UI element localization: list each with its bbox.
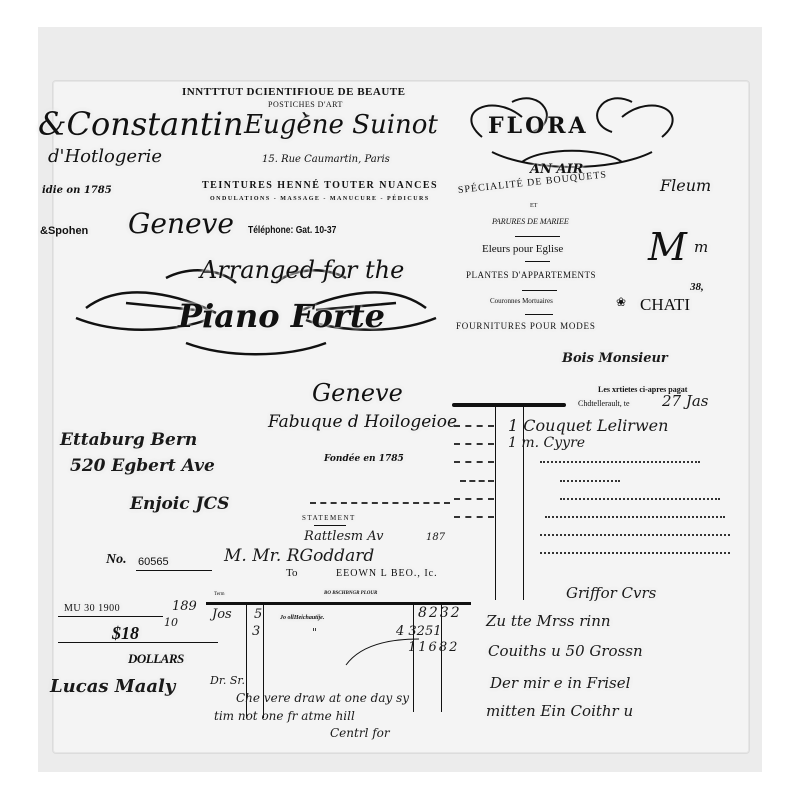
mm-small-script: m bbox=[694, 240, 708, 255]
statement-underline bbox=[314, 525, 346, 526]
geneve-top-script: Geneve bbox=[128, 210, 234, 238]
check-amount-underline bbox=[58, 642, 218, 643]
spohen-text: &Spohen bbox=[40, 226, 88, 237]
telephone-text: Téléphone: Gat. 10-37 bbox=[248, 226, 336, 236]
ledger-row2-qty: 3 bbox=[252, 625, 260, 638]
ledger-row1-desc: Jo ollHeichautije. bbox=[280, 615, 324, 621]
chati-text: CHATI bbox=[640, 296, 690, 313]
to-label: To bbox=[286, 568, 297, 579]
letter-line-1: Griffor Cvrs bbox=[566, 586, 656, 601]
ledger-note-2: Che vere draw at one day sy bbox=[236, 692, 409, 704]
invoice-top-rule bbox=[452, 403, 566, 407]
parures-line: PARURES DE MARIEE bbox=[492, 218, 569, 226]
hotlogerie-script: d'Hotlogerie bbox=[48, 148, 162, 166]
dollars-label: DOLLARS bbox=[128, 652, 184, 665]
teintures-line: TEINTURES HENNÉ TOUTER NUANCES bbox=[202, 181, 438, 191]
et-label: ET bbox=[530, 203, 537, 209]
constantin-script: &Constantin bbox=[38, 108, 244, 140]
statement-rule bbox=[310, 502, 450, 504]
letter-line-3: Couiths u 50 Grossn bbox=[488, 644, 643, 659]
check-signer: Lucas Maaly bbox=[50, 678, 175, 696]
flora-divider bbox=[522, 290, 557, 291]
ledger-row1-qty: 5 bbox=[254, 608, 262, 621]
ledger-note-4: Centrl for bbox=[330, 727, 390, 739]
check-date: MU 30 1900 bbox=[64, 604, 120, 614]
eleurs-line: Eleurs pour Eglise bbox=[482, 244, 563, 255]
fleum-script: Fleum bbox=[660, 178, 711, 194]
rattlesm-script: Rattlesm Av bbox=[304, 530, 383, 543]
dotted-rule bbox=[545, 516, 725, 518]
fournitures-line: FOURNITURES POUR MODES bbox=[456, 322, 596, 331]
check-number: 60565 bbox=[138, 557, 169, 568]
ledger-row2-desc: " bbox=[312, 627, 317, 638]
letter-line-4: Der mir e in Frisel bbox=[490, 676, 630, 691]
invoice-line-1: 1 Couquet Lelirwen bbox=[508, 418, 668, 434]
signature-line-3: Enjoic JCS bbox=[130, 496, 229, 513]
number-38: 38, bbox=[690, 282, 704, 293]
flora-divider bbox=[515, 236, 560, 237]
institute-heading: INNTTTUT DCIENTIFIOUE DE BEAUTE bbox=[182, 87, 405, 98]
check-cents: 10 bbox=[164, 617, 178, 628]
ledger-note-3: tim not one fr atme hill bbox=[214, 710, 355, 722]
plantes-line: PLANTES D'APPARTEMENTS bbox=[466, 271, 596, 280]
fondee-text: idie on 1785 bbox=[42, 186, 112, 196]
check-number-label: No. bbox=[106, 553, 127, 567]
dotted-rule bbox=[540, 534, 730, 536]
check-year-handwritten: 189 bbox=[172, 600, 197, 613]
piano-forte-title: Piano Forte bbox=[178, 300, 385, 332]
institute-subtitle: POSTICHES D'ART bbox=[268, 101, 343, 109]
check-date-underline bbox=[58, 616, 163, 617]
flora-divider bbox=[525, 314, 553, 315]
fabrique-script: Fabuque d Hoilogeioe bbox=[268, 414, 457, 431]
fondee-invoice: Fondée en 1785 bbox=[324, 455, 404, 464]
invoice-date-handwritten: 27 Jas bbox=[662, 394, 709, 409]
check-number-underline bbox=[136, 570, 212, 571]
statement-label: STATEMENT bbox=[302, 515, 356, 522]
ledger-row1-amount: 8232 bbox=[418, 606, 462, 620]
letter-line-2: Zu tte Mrss rinn bbox=[486, 614, 611, 629]
dotted-rule bbox=[540, 461, 700, 463]
fleuron-icon: ❀ bbox=[616, 296, 626, 308]
ledger-curve-stroke bbox=[344, 637, 424, 667]
dotted-rule bbox=[454, 461, 494, 463]
arranged-for-the-script: Arranged for the bbox=[200, 258, 404, 282]
signature-line-1: Ettaburg Bern bbox=[60, 432, 197, 449]
address-script: 15. Rue Caumartin, Paris bbox=[262, 155, 390, 165]
eugene-suinot-script: Eugène Suinot bbox=[244, 112, 438, 138]
dotted-rule bbox=[454, 425, 494, 427]
dotted-rule bbox=[540, 552, 730, 554]
ledger-term-label: Term bbox=[214, 592, 224, 597]
geneve-invoice-script: Geneve bbox=[312, 381, 403, 405]
ondulations-line: ONDULATIONS - MASSAGE - MANUCURE - PÉDIC… bbox=[210, 196, 430, 202]
ledger-note-1: Dr. Sr. bbox=[210, 675, 245, 686]
letter-line-5: mitten Ein Coithr u bbox=[486, 704, 633, 719]
dotted-rule bbox=[460, 480, 494, 482]
bois-monsieur-script: Bois Monsieur bbox=[562, 352, 668, 365]
to-subtitle: BO BSCHBNGR PLOUR bbox=[324, 591, 377, 596]
dotted-rule bbox=[454, 516, 494, 518]
signature-line-2: 520 Egbert Ave bbox=[70, 458, 215, 475]
chatellerault-line: Chdtellerault, te bbox=[578, 400, 630, 408]
goddard-script: M. Mr. RGoddard bbox=[224, 548, 374, 565]
check-amount: $18 bbox=[112, 624, 139, 642]
dotted-rule bbox=[454, 498, 494, 500]
flora-divider bbox=[525, 261, 550, 262]
invoice-year: 187 bbox=[426, 533, 445, 543]
dotted-rule bbox=[560, 498, 720, 500]
ledger-prefix: Jos bbox=[212, 608, 232, 621]
dotted-rule bbox=[560, 480, 620, 482]
dotted-rule bbox=[454, 443, 494, 445]
flora-title: FLORA bbox=[488, 115, 589, 137]
invoice-line-2: 1 m. Cyyre bbox=[508, 436, 585, 450]
mm-big-script: M bbox=[648, 228, 687, 266]
invoice-column-rule bbox=[495, 405, 496, 600]
to-name: EEOWN L BEO., Ic. bbox=[336, 569, 438, 579]
couronnes-line: Couronnes Mortuaires bbox=[490, 298, 553, 305]
